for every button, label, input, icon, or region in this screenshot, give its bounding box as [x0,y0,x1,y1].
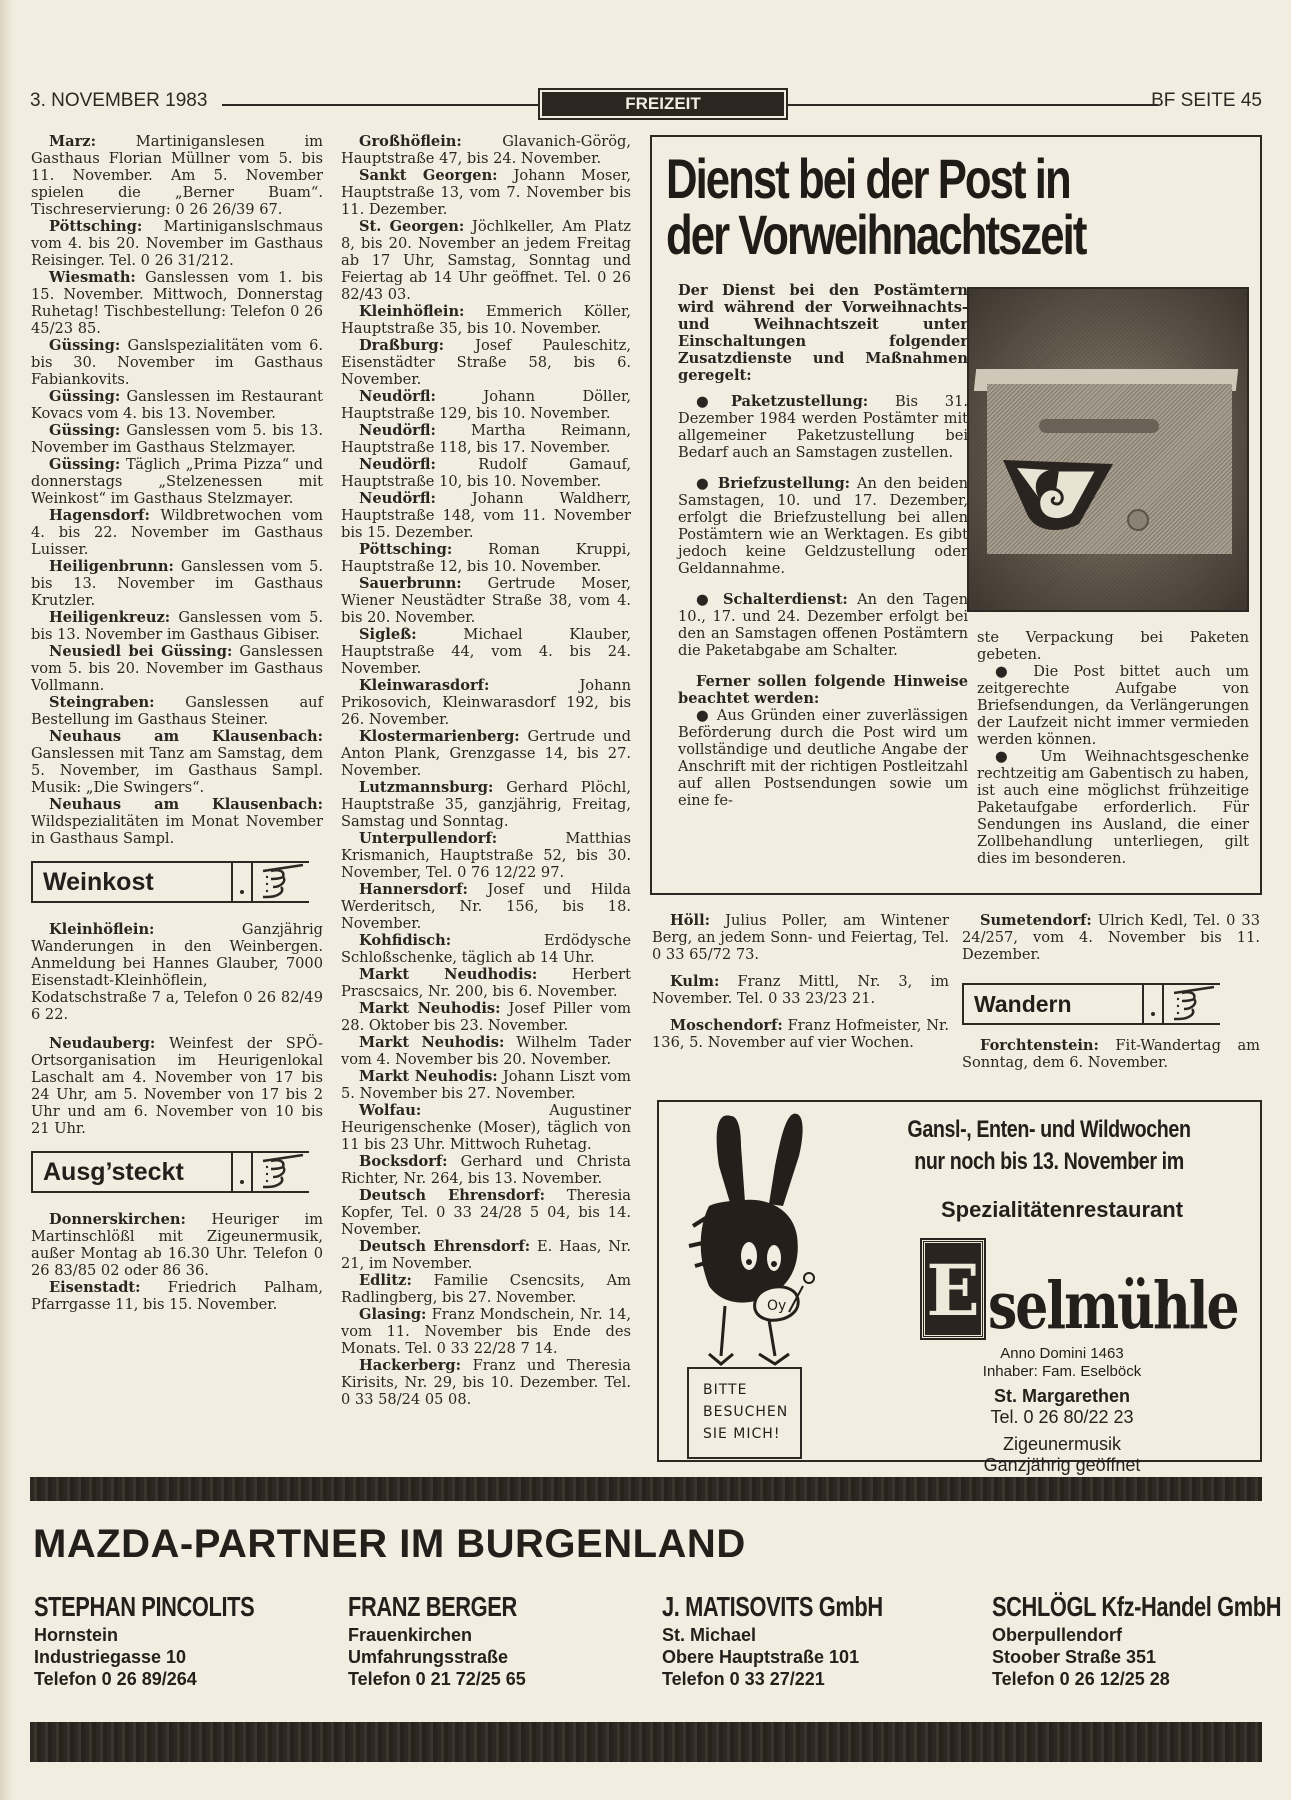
listing-entry: St. Georgen: Jöchlkeller, Am Platz 8, bi… [341,218,631,303]
listing-entry: Markt Neuhodis: Josef Piller vom 28. Okt… [341,1000,631,1034]
place-name: Hackerberg: [359,1357,461,1374]
letterbox-photo [967,287,1249,612]
listing-entry: Moschendorf: Franz Hofmeister, Nr. 136, … [652,1017,949,1051]
listing-entry: Hackerberg: Franz und Theresia Kirisits,… [341,1357,631,1408]
place-name: Sankt Georgen: [359,167,498,184]
listing-entry: Sigleß: Michael Klauber, Hauptstraße 44,… [341,626,631,677]
donkey-illustration-icon: Oy [679,1106,849,1376]
listing-entry: Steingraben: Ganslessen auf Bestellung i… [31,694,323,728]
below-post-left: Höll: Julius Poller, am Wintener Berg, a… [652,912,949,1061]
section-label: FREIZEIT [538,88,788,120]
listing-entry: Sauerbrunn: Gertrude Moser, Wiener Neust… [341,575,631,626]
listing-entry: Güssing: Ganslessen vom 5. bis 13. Novem… [31,422,323,456]
listing-entry: Kohfidisch: Erdödysche Schloßschenke, tä… [341,932,631,966]
place-name: Wolfau: [359,1102,421,1119]
place-name: Eisenstadt: [49,1279,141,1296]
place-name: Heiligenbrunn: [49,558,174,575]
page-header: 3. NOVEMBER 1983 FREIZEIT BF SEITE 45 [30,88,1262,118]
posthorn-icon [999,454,1119,534]
category-box-wandern: Wandern [962,983,1260,1025]
pointing-hand-icon [1164,983,1220,1025]
dealer-card: SCHLÖGL Kfz-Handel GmbH Oberpullendorf S… [992,1590,1291,1690]
listing-entry: Pöttsching: Roman Kruppi, Hauptstraße 12… [341,541,631,575]
pointing-hand-icon [253,861,309,903]
heurigen-listing: Großhöflein: Glavanich-Görög, Hauptstraß… [341,133,631,1408]
listing-entry: Güssing: Ganslessen im Restaurant Kovacs… [31,388,323,422]
listing-entry: Heiligenbrunn: Ganslessen vom 5. bis 13.… [31,558,323,609]
dot-marker [231,861,253,903]
place-name: Markt Neuhodis: [359,1068,498,1085]
listing-entry: Güssing: Ganslspezialitäten vom 6. bis 3… [31,337,323,388]
listing-entry: Hannersdorf: Josef und Hilda Werderitsch… [341,881,631,932]
listing-entry: Deutsch Ehrensdorf: Theresia Kopfer, Tel… [341,1187,631,1238]
ausgsteckt-listing: Donnerskirchen: Heuriger im Martinschlöß… [31,1211,323,1313]
weinkost-listing: Kleinhöflein: Ganzjährig Wanderungen in … [31,921,323,1137]
article-intro: Der Dienst bei den Postämtern wird währe… [678,282,968,384]
post-article: Dienst bei der Post in der Vorweihnachts… [650,135,1262,895]
header-rule-right [788,104,1158,106]
listing-entry: Bocksdorf: Gerhard und Christa Richter, … [341,1153,631,1187]
place-name: Unterpullendorf: [359,830,497,847]
place-name: Glasing: [359,1306,426,1323]
listing-entry: Sumetendorf: Ulrich Kedl, Tel. 0 33 24/2… [962,912,1260,963]
page-number: BF SEITE 45 [1151,90,1262,112]
category-box-weinkost: Weinkost [31,861,323,903]
listing-entry: Donnerskirchen: Heuriger im Martinschlöß… [31,1211,323,1279]
listing-entry: Kleinhöflein: Ganzjährig Wanderungen in … [31,921,323,1023]
article-body-left: ●Paketzustellung: Bis 31. Dezember 1984 … [678,393,968,809]
article-body-right: ste Verpackung bei Paketen gebeten. ● Di… [977,629,1249,867]
issue-date: 3. NOVEMBER 1983 [30,90,207,112]
listing-entry: Glasing: Franz Mondschein, Nr. 14, vom 1… [341,1306,631,1357]
listing-entry: Neudörfl: Johann Döller, Hauptstraße 129… [341,388,631,422]
place-name: Sumetendorf: [980,912,1092,929]
place-name: Neudauberg: [49,1035,155,1052]
listing-entry: Edlitz: Familie Csencsits, Am Radlingber… [341,1272,631,1306]
listing-entry: Unterpullendorf: Matthias Krismanich, Ha… [341,830,631,881]
listing-entry: Wiesmath: Ganslessen vom 1. bis 15. Nove… [31,269,323,337]
mazda-ad-title: MAZDA-PARTNER IM BURGENLAND [33,1522,746,1567]
place-name: Bocksdorf: [359,1153,448,1170]
ad-headline: Gansl-, Enten- und Wildwochen nur noch b… [885,1114,1213,1178]
place-name: Moschendorf: [670,1017,783,1034]
place-name: Güssing: [49,456,120,473]
listing-entry: Höll: Julius Poller, am Wintener Berg, a… [652,912,949,963]
place-name: Edlitz: [359,1272,412,1289]
place-name: Neuhaus am Klausenbach: [49,796,323,813]
place-name: Deutsch Ehrensdorf: [359,1238,530,1255]
pointing-hand-icon [253,1151,309,1193]
place-name: Donnerskirchen: [49,1211,186,1228]
listing-entry: Kulm: Franz Mittl, Nr. 3, im November. T… [652,973,949,1007]
listing-entry: Draßburg: Josef Pauleschitz, Eisenstädte… [341,337,631,388]
place-name: Markt Neudhodis: [359,966,537,983]
place-name: Wiesmath: [49,269,136,286]
dealer-card: FRANZ BERGER Frauenkirchen Umfahrungsstr… [348,1590,648,1690]
listing-entry: Lutzmannsburg: Gerhard Plöchl, Hauptstra… [341,779,631,830]
listing-entry: Neudörfl: Rudolf Gamauf, Hauptstraße 10,… [341,456,631,490]
place-name: Kulm: [670,973,719,990]
category-box-ausgsteckt: Ausg’steckt [31,1151,323,1193]
listing-entry: Markt Neuhodis: Wilhelm Tader vom 4. Nov… [341,1034,631,1068]
place-name: Steingraben: [49,694,155,711]
entry-text: Ganslessen mit Tanz am Samstag, dem 5. N… [31,745,323,796]
dealer-card: J. MATISOVITS GmbH St. Michael Obere Hau… [662,1590,962,1690]
listing-entry: Kleinhöflein: Emmerich Köller, Hauptstra… [341,303,631,337]
place-name: Güssing: [49,422,120,439]
eselmuehle-logo: E selmühle [922,1240,1222,1338]
column-2: Großhöflein: Glavanich-Görög, Hauptstraß… [341,133,631,1408]
restaurant-type: Spezialitätenrestaurant [897,1197,1227,1223]
listing-entry: Neudörfl: Martha Reimann, Hauptstraße 11… [341,422,631,456]
place-name: Hannersdorf: [359,881,468,898]
place-name: Klostermarienberg: [359,728,520,745]
place-name: Markt Neuhodis: [359,1034,504,1051]
mail-slot [1039,419,1159,433]
place-name: Kohfidisch: [359,932,451,949]
column-1: Marz: Martiniganslesen im Gasthaus Flori… [31,133,323,1313]
place-name: Neudörfl: [359,422,436,439]
listing-entry: Kleinwarasdorf: Johann Prikosovich, Klei… [341,677,631,728]
listing-entry: Hagensdorf: Wildbretwochen vom 4. bis 22… [31,507,323,558]
place-name: Heiligenkreuz: [49,609,170,626]
place-name: Kleinhöflein: [49,921,154,938]
place-name: Neudörfl: [359,456,436,473]
place-name: Pöttsching: [359,541,452,558]
place-name: Neuhaus am Klausenbach: [49,728,323,745]
place-name: Kleinhöflein: [359,303,464,320]
place-name: Pöttsching: [49,218,142,235]
place-name: Forchtenstein: [980,1037,1099,1054]
below-post-right: Sumetendorf: Ulrich Kedl, Tel. 0 33 24/2… [962,912,1260,1071]
listing-entry: Heiligenkreuz: Ganslessen vom 5. bis 13.… [31,609,323,643]
restaurant-advertisement: Oy BITTE BESUCHEN SIE MICH! Gansl-, Ente… [657,1100,1262,1462]
place-name: Güssing: [49,388,120,405]
place-name: Großhöflein: [359,133,462,150]
dealer-card: STEPHAN PINCOLITS Hornstein Industriegas… [34,1590,334,1690]
listing-entry: Sankt Georgen: Johann Moser, Hauptstraße… [341,167,631,218]
place-name: Marz: [49,133,96,150]
listing-entry: Großhöflein: Glavanich-Görög, Hauptstraß… [341,133,631,167]
place-name: Neusiedl bei Güssing: [49,643,232,660]
listing-entry: Neusiedl bei Güssing: Ganslessen vom 5. … [31,643,323,694]
listing-entry: Neuhaus am Klausenbach: Wildspezialitäte… [31,796,323,847]
listing-entry: Güssing: Täglich „Prima Pizza“ und donne… [31,456,323,507]
listing-entry: Deutsch Ehrensdorf: E. Haas, Nr. 21, im … [341,1238,631,1272]
page-edge-shadow [0,0,14,1800]
place-name: Neudörfl: [359,388,436,405]
header-rule-left [222,104,538,106]
dot-marker [231,1151,253,1193]
place-name: Güssing: [49,337,120,354]
place-name: Lutzmannsburg: [359,779,493,796]
listing-entry: Pöttsching: Martiniganslschmaus vom 4. b… [31,218,323,269]
listing-entry: Neudauberg: Weinfest der SPÖ-Ortsorganis… [31,1035,323,1137]
place-name: Neudörfl: [359,490,436,507]
ad-top-bar [30,1477,1262,1501]
dot-marker [1142,983,1164,1025]
listing-entry: Neudörfl: Johann Waldherr, Hauptstraße 1… [341,490,631,541]
place-name: Draßburg: [359,337,444,354]
place-name: Deutsch Ehrensdorf: [359,1187,545,1204]
place-name: St. Georgen: [359,218,464,235]
place-name: Kleinwarasdorf: [359,677,489,694]
place-name: Markt Neuhodis: [359,1000,501,1017]
listing-entry: Eisenstadt: Friedrich Palham, Pfarrgasse… [31,1279,323,1313]
listing-entry: Markt Neuhodis: Johann Liszt vom 5. Nove… [341,1068,631,1102]
svg-text:Oy: Oy [767,1298,786,1314]
bitte-besuchen-sign: BITTE BESUCHEN SIE MICH! [687,1367,802,1459]
place-name: Höll: [670,912,710,929]
place-name: Sigleß: [359,626,417,643]
entry-text: Wildspezialitäten im Monat November in G… [31,813,323,847]
listing-entry: Marz: Martiniganslesen im Gasthaus Flori… [31,133,323,218]
place-name: Hagensdorf: [49,507,150,524]
listing-entry: Forchtenstein: Fit-Wandertag am Sonntag,… [962,1037,1260,1071]
listing-entry: Markt Neudhodis: Herbert Prascsaics, Nr.… [341,966,631,1000]
listing-entry: Neuhaus am Klausenbach: Ganslessen mit T… [31,728,323,796]
restaurant-info: Anno Domini 1463 Inhaber: Fam. Eselböck … [897,1345,1227,1476]
ad-bottom-bar [30,1722,1262,1762]
article-headline: Dienst bei der Post in der Vorweihnachts… [666,151,1118,263]
gansl-listing: Marz: Martiniganslesen im Gasthaus Flori… [31,133,323,847]
place-name: Sauerbrunn: [359,575,462,592]
listing-entry: Klostermarienberg: Gertrude und Anton Pl… [341,728,631,779]
listing-entry: Wolfau: Augustiner Heurigenschenke (Mose… [341,1102,631,1153]
